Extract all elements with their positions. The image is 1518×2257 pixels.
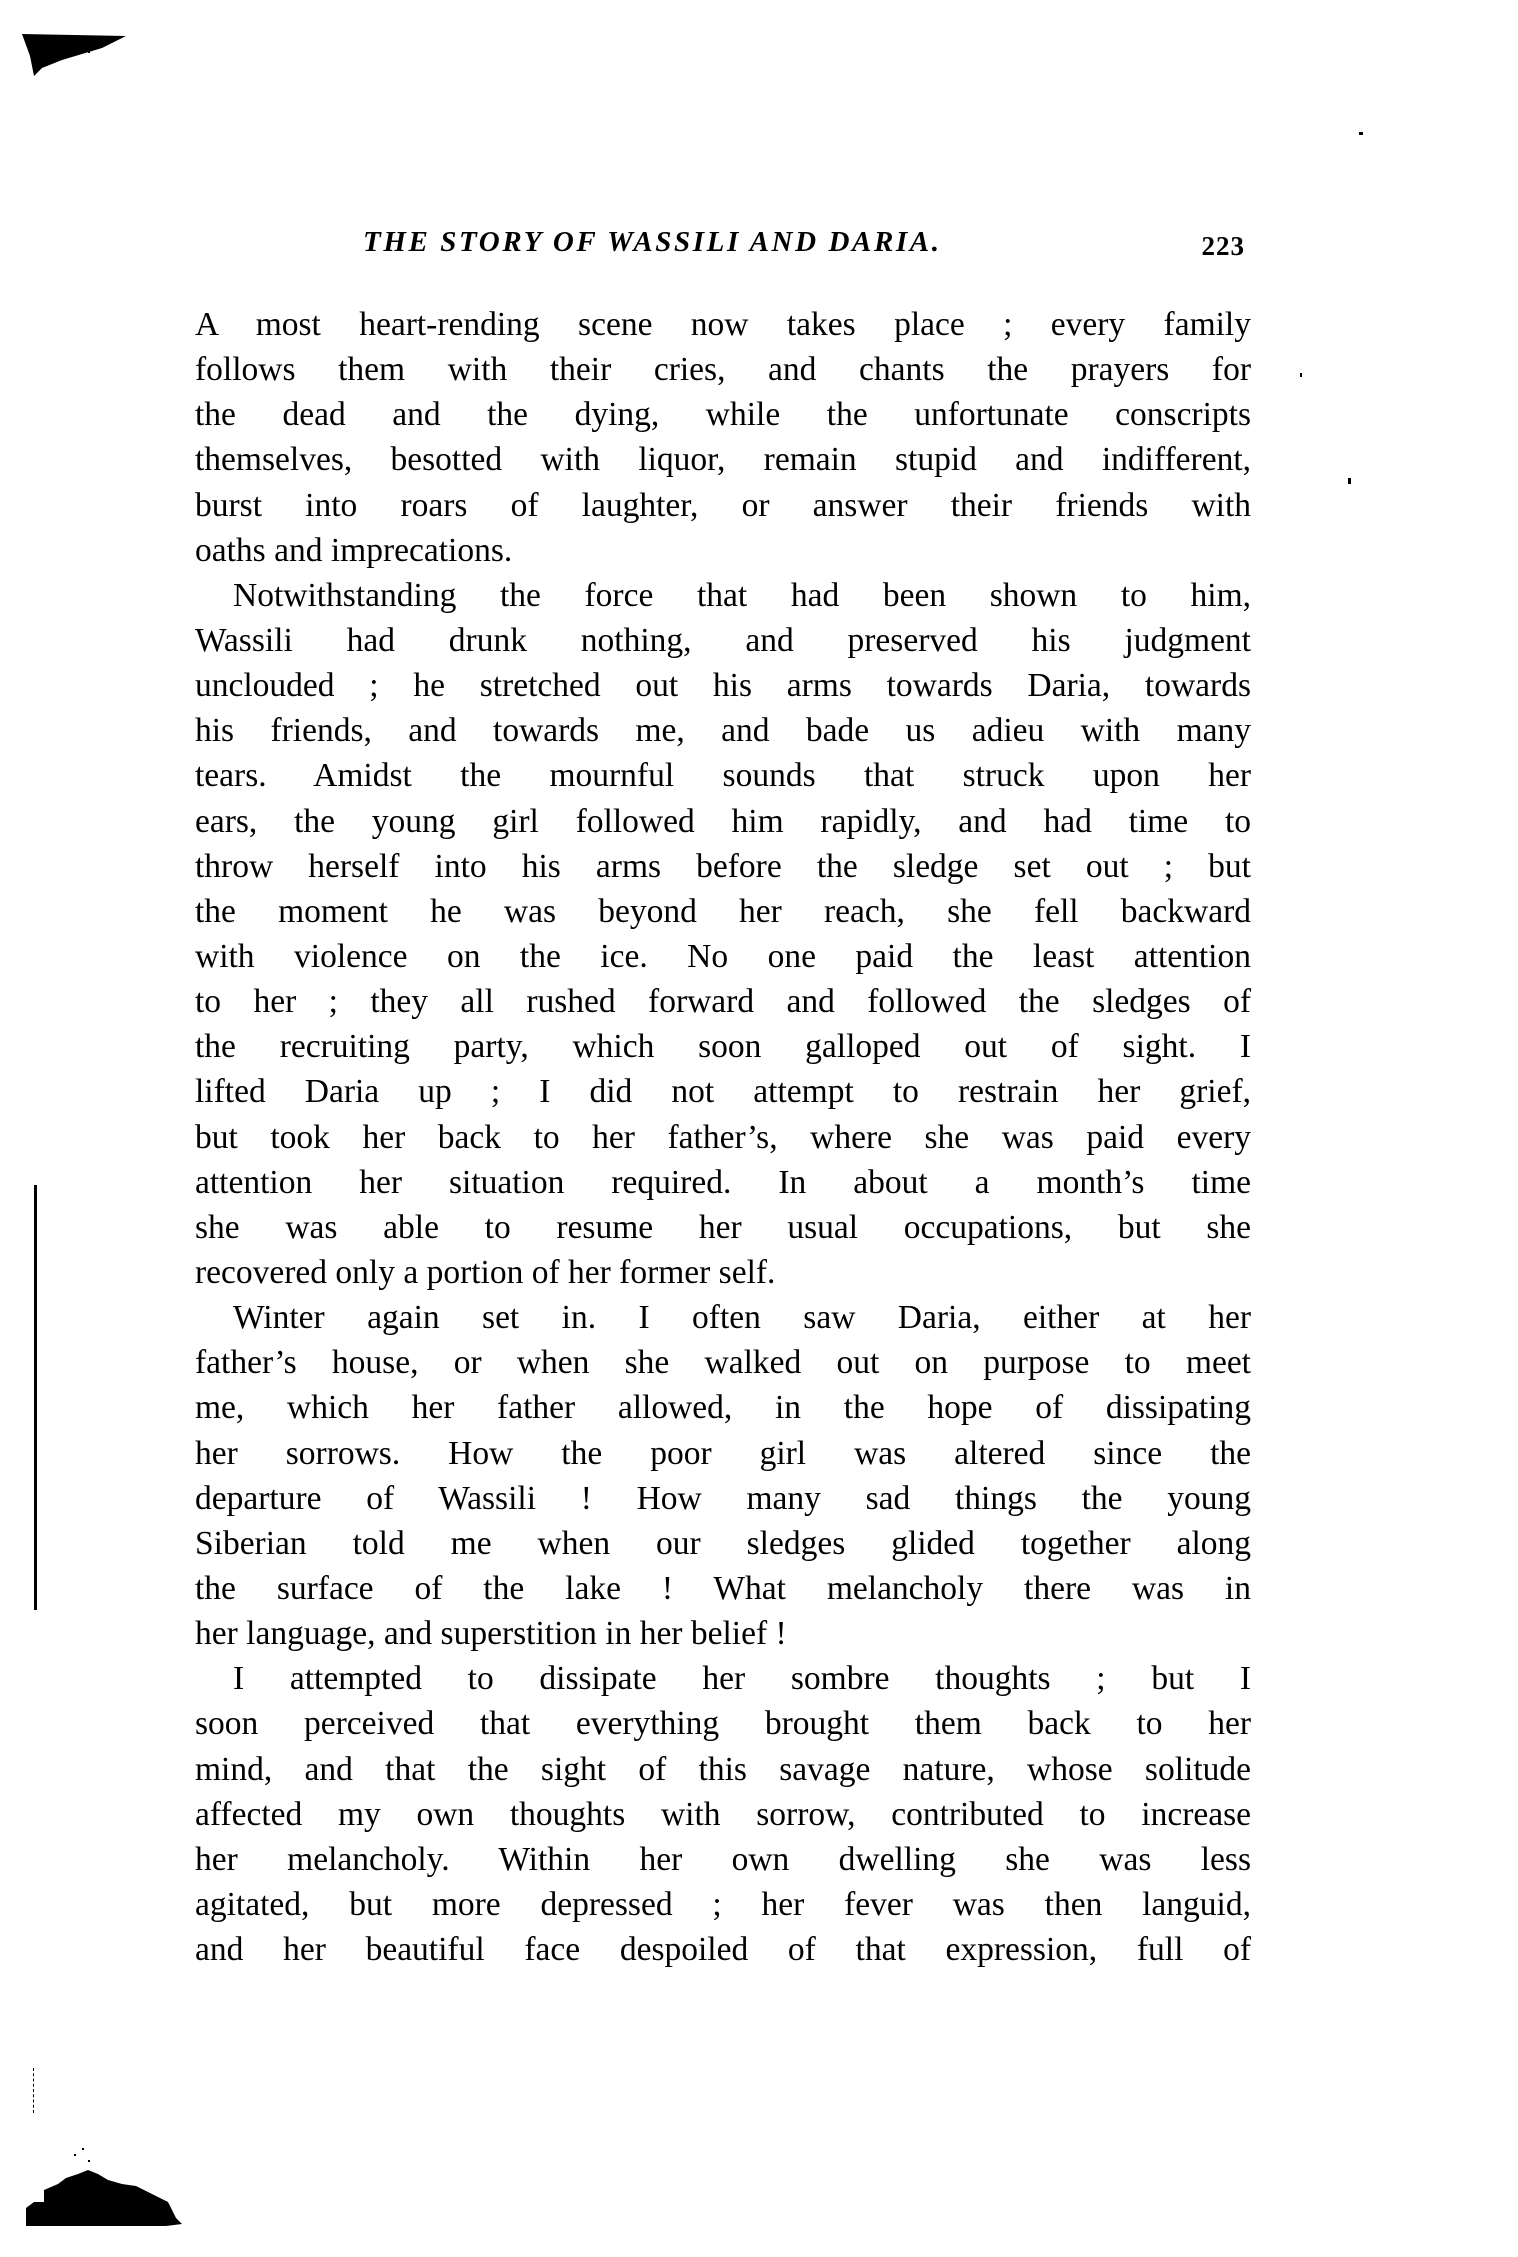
text-line: she was able to resume her usual occupat… xyxy=(195,1205,1251,1250)
text-line: affected my own thoughts with sorrow, co… xyxy=(195,1792,1251,1837)
text-line: Siberian told me when our sledges glided… xyxy=(195,1521,1251,1566)
text-line: Wassili had drunk nothing, and preserved… xyxy=(195,618,1251,663)
text-line: her sorrows. How the poor girl was alter… xyxy=(195,1431,1251,1476)
text-line: Notwithstanding the force that had been … xyxy=(195,573,1251,618)
paragraph-2: Notwithstanding the force that had been … xyxy=(195,573,1251,1295)
body-text: A most heart-rending scene now takes pla… xyxy=(195,302,1251,1972)
text-line: the surface of the lake ! What melanchol… xyxy=(195,1566,1251,1611)
text-line: me, which her father allowed, in the hop… xyxy=(195,1385,1251,1430)
page-number: 223 xyxy=(1202,226,1246,266)
text-line: oaths and imprecations. xyxy=(195,528,1251,573)
text-line: with violence on the ice. No one paid th… xyxy=(195,934,1251,979)
scan-speck xyxy=(1348,478,1351,484)
text-line: her language, and superstition in her be… xyxy=(195,1611,1251,1656)
text-line: burst into roars of laughter, or answer … xyxy=(195,483,1251,528)
text-line: A most heart-rending scene now takes pla… xyxy=(195,302,1251,347)
scan-corner-smudge-icon xyxy=(26,2140,182,2226)
text-line: lifted Daria up ; I did not attempt to r… xyxy=(195,1069,1251,1114)
text-line: unclouded ; he stretched out his arms to… xyxy=(195,663,1251,708)
text-line: throw herself into his arms before the s… xyxy=(195,844,1251,889)
scan-edge-dash xyxy=(33,2068,35,2113)
text-line: ears, the young girl followed him rapidl… xyxy=(195,799,1251,844)
paragraph-1: A most heart-rending scene now takes pla… xyxy=(195,302,1251,573)
text-line: father’s house, or when she walked out o… xyxy=(195,1340,1251,1385)
text-line: Winter again set in. I often saw Daria, … xyxy=(195,1295,1251,1340)
text-line: the recruiting party, which soon gallope… xyxy=(195,1024,1251,1069)
text-line: recovered only a portion of her former s… xyxy=(195,1250,1251,1295)
text-line: and her beautiful face despoiled of that… xyxy=(195,1927,1251,1972)
text-line: departure of Wassili ! How many sad thin… xyxy=(195,1476,1251,1521)
text-line: her melancholy. Within her own dwelling … xyxy=(195,1837,1251,1882)
scan-edge-line xyxy=(34,1185,37,1610)
text-line: soon perceived that everything brought t… xyxy=(195,1701,1251,1746)
text-line: his friends, and towards me, and bade us… xyxy=(195,708,1251,753)
text-line: mind, and that the sight of this savage … xyxy=(195,1747,1251,1792)
text-line: themselves, besotted with liquor, remain… xyxy=(195,437,1251,482)
text-line: the moment he was beyond her reach, she … xyxy=(195,889,1251,934)
text-line: but took her back to her father’s, where… xyxy=(195,1115,1251,1160)
scan-speck xyxy=(1359,132,1363,135)
paragraph-3: Winter again set in. I often saw Daria, … xyxy=(195,1295,1251,1656)
text-line: follows them with their cries, and chant… xyxy=(195,347,1251,392)
scan-corner-mark-icon xyxy=(22,34,126,76)
running-head: THE STORY OF WASSILI AND DARIA. 223 xyxy=(363,222,1253,266)
text-line: tears. Amidst the mournful sounds that s… xyxy=(195,753,1251,798)
paragraph-4: I attempted to dissipate her sombre thou… xyxy=(195,1656,1251,1972)
running-head-title: THE STORY OF WASSILI AND DARIA. xyxy=(363,222,942,262)
text-line: I attempted to dissipate her sombre thou… xyxy=(195,1656,1251,1701)
text-line: agitated, but more depressed ; her fever… xyxy=(195,1882,1251,1927)
book-page: THE STORY OF WASSILI AND DARIA. 223 A mo… xyxy=(0,0,1518,2257)
scan-speck xyxy=(1300,373,1302,377)
text-line: attention her situation required. In abo… xyxy=(195,1160,1251,1205)
text-line: to her ; they all rushed forward and fol… xyxy=(195,979,1251,1024)
text-line: the dead and the dying, while the unfort… xyxy=(195,392,1251,437)
